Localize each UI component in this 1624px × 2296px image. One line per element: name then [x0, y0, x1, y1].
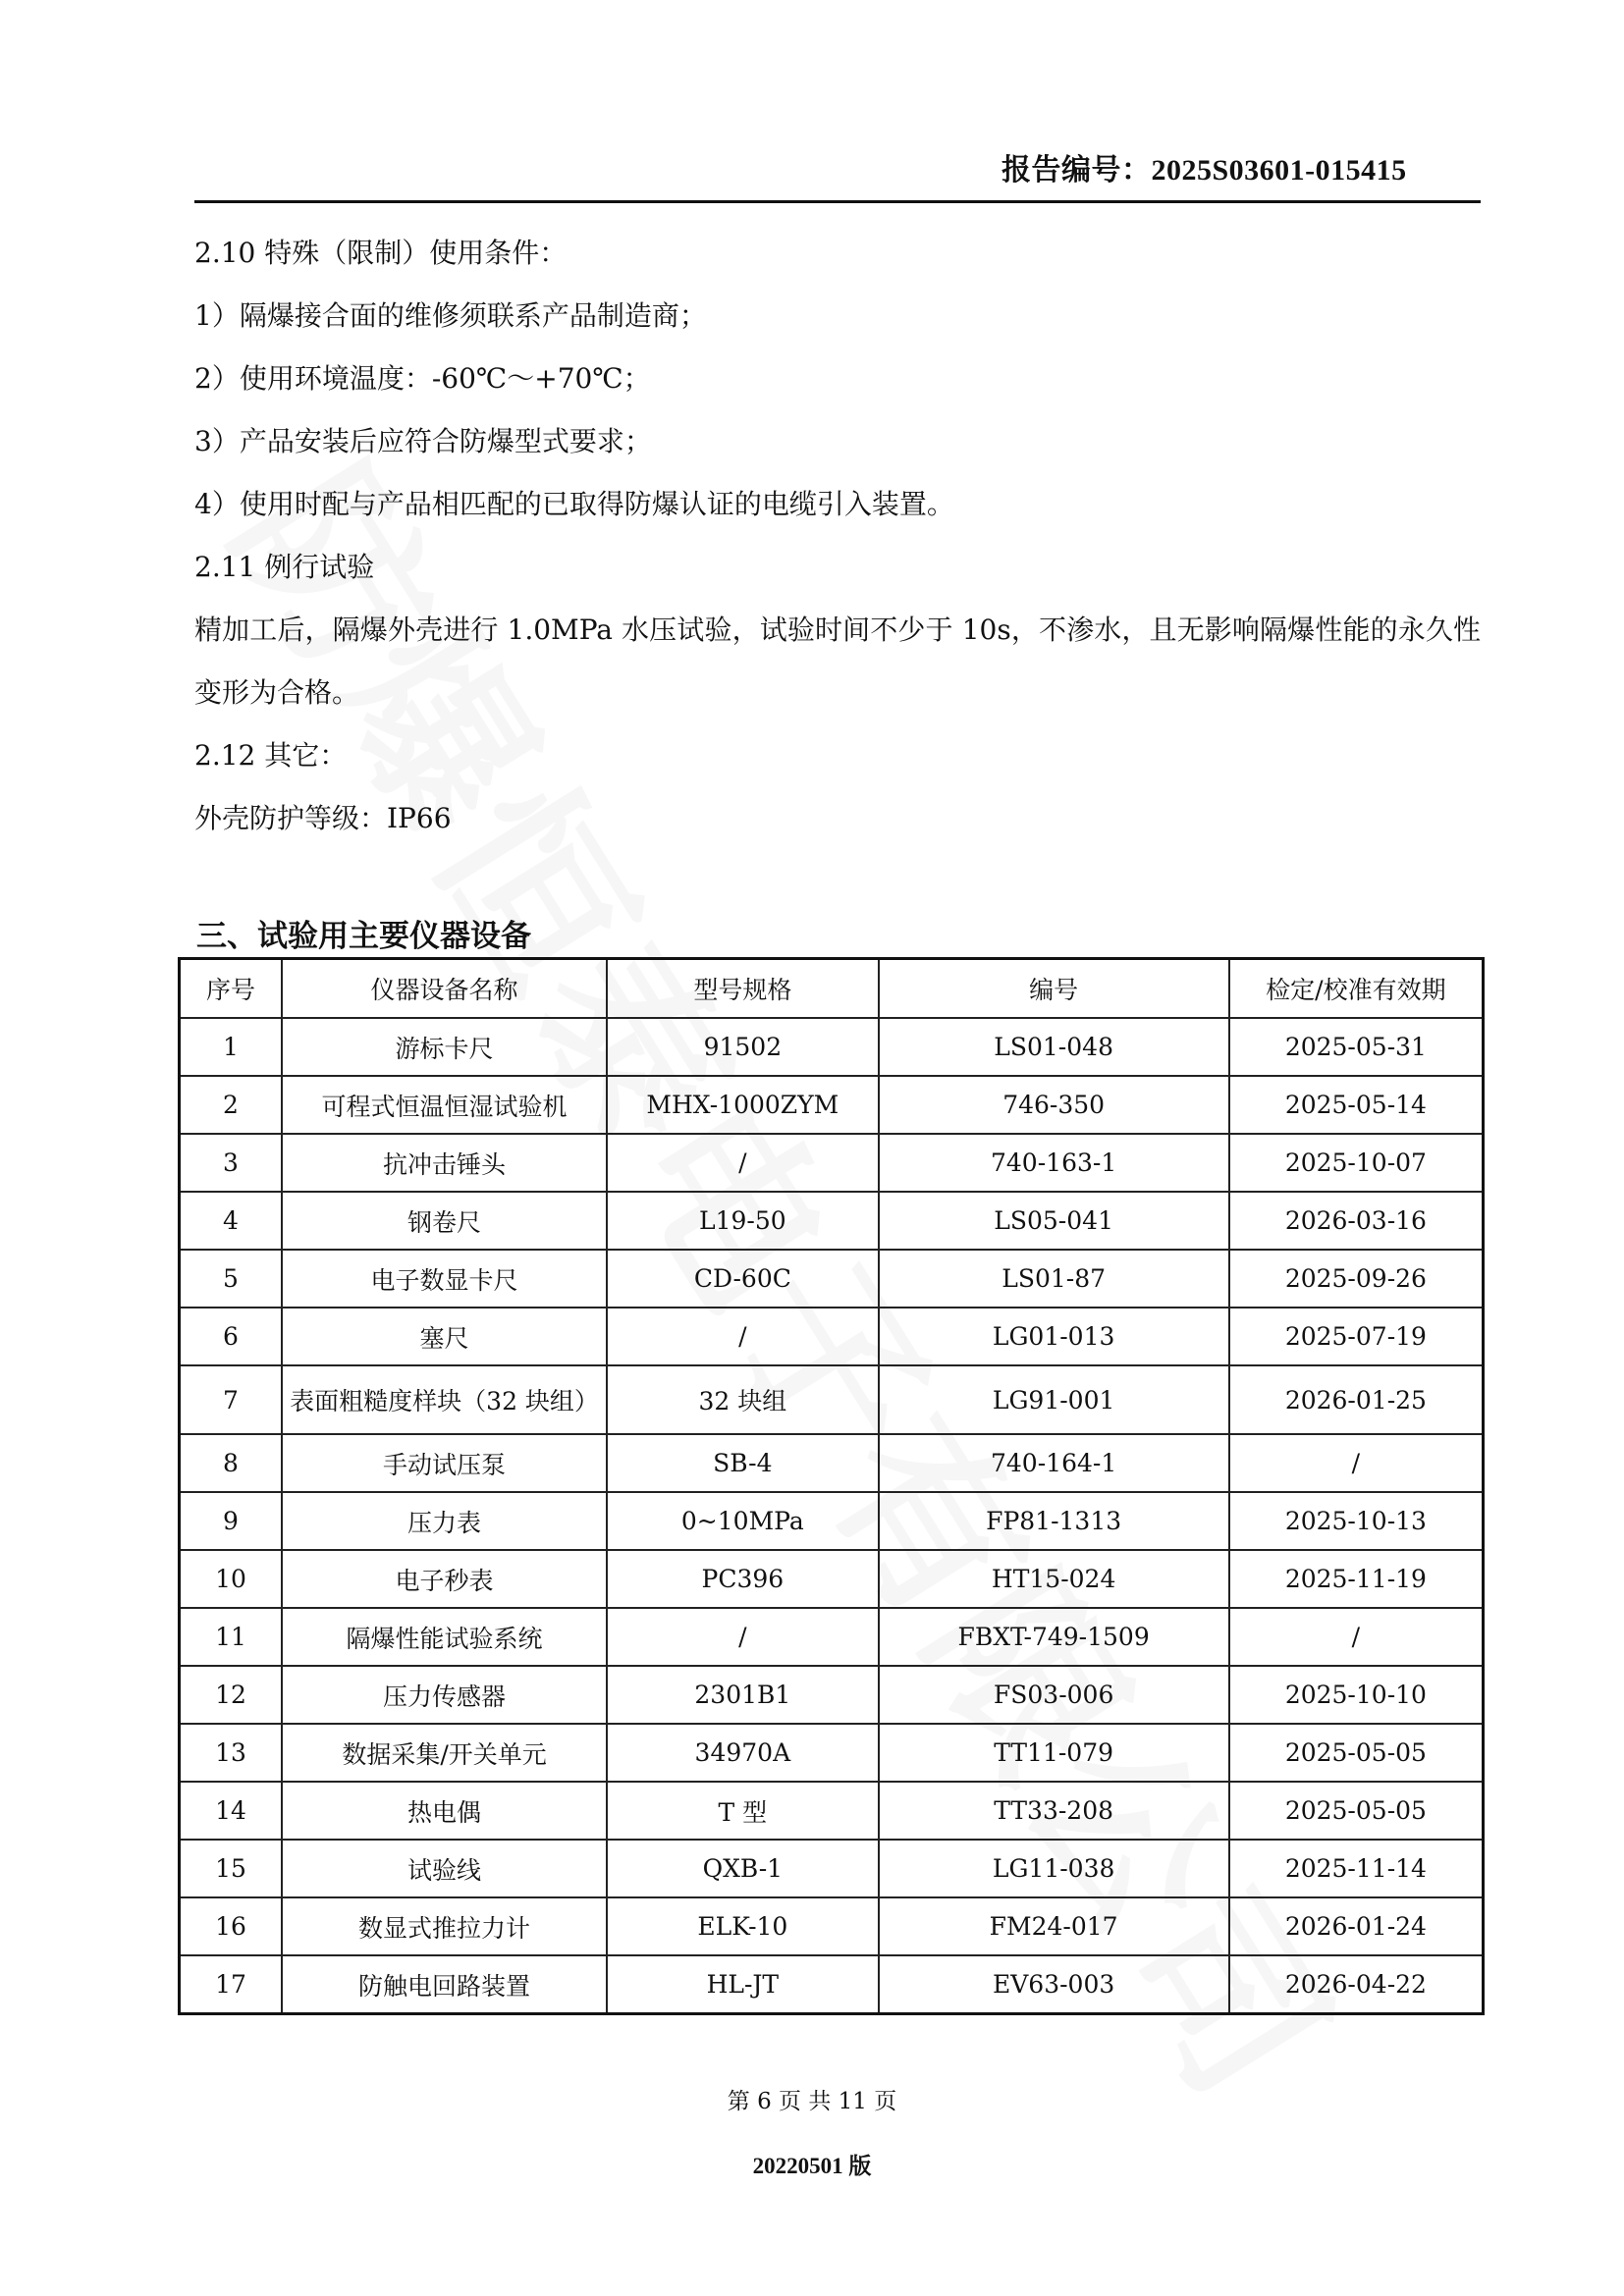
cell-name: 热电偶 [282, 1782, 607, 1840]
cell-name: 可程式恒温恒湿试验机 [282, 1076, 607, 1134]
table-header-row: 序号 仪器设备名称 型号规格 编号 检定/校准有效期 [180, 959, 1484, 1019]
cell-index: 10 [180, 1550, 282, 1608]
table-row: 5电子数显卡尺CD-60CLS01-872025-09-26 [180, 1250, 1484, 1308]
cell-index: 3 [180, 1134, 282, 1192]
cell-name: 抗冲击锤头 [282, 1134, 607, 1192]
section-2-10-title: 2.10 特殊（限制）使用条件： [194, 236, 567, 271]
cell-valid-date: 2025-05-14 [1229, 1076, 1484, 1134]
ip-rating: 外壳防护等级：IP66 [194, 801, 452, 836]
cell-index: 14 [180, 1782, 282, 1840]
table-row: 4钢卷尺L19-50LS05-0412026-03-16 [180, 1192, 1484, 1250]
cell-name: 塞尺 [282, 1308, 607, 1365]
cell-valid-date: 2025-10-07 [1229, 1134, 1484, 1192]
cell-model: T 型 [607, 1782, 878, 1840]
cell-name: 压力表 [282, 1492, 607, 1550]
cell-model: L19-50 [607, 1192, 878, 1250]
cell-model: MHX-1000ZYM [607, 1076, 878, 1134]
cell-model: SB-4 [607, 1434, 878, 1492]
cell-index: 2 [180, 1076, 282, 1134]
cell-model: HL-JT [607, 1955, 878, 2014]
table-row: 11隔爆性能试验系统/FBXT-749-1509/ [180, 1608, 1484, 1666]
cell-id: LS01-048 [879, 1018, 1229, 1076]
cell-model: PC396 [607, 1550, 878, 1608]
cell-name: 钢卷尺 [282, 1192, 607, 1250]
cell-index: 13 [180, 1724, 282, 1782]
cell-model: 91502 [607, 1018, 878, 1076]
cell-name: 手动试压泵 [282, 1434, 607, 1492]
routine-test-body: 精加工后，隔爆外壳进行 1.0MPa 水压试验，试验时间不少于 10s，不渗水，… [194, 599, 1481, 724]
cell-model: 0~10MPa [607, 1492, 878, 1550]
cell-name: 表面粗糙度样块（32 块组） [282, 1365, 607, 1434]
cell-index: 15 [180, 1840, 282, 1897]
cell-id: LS05-041 [879, 1192, 1229, 1250]
cell-model: QXB-1 [607, 1840, 878, 1897]
cell-model: CD-60C [607, 1250, 878, 1308]
cell-id: FS03-006 [879, 1666, 1229, 1724]
cell-id: FBXT-749-1509 [879, 1608, 1229, 1666]
condition-item-1: 1）隔爆接合面的维修须联系产品制造商； [194, 298, 707, 334]
cell-id: HT15-024 [879, 1550, 1229, 1608]
table-row: 3抗冲击锤头/740-163-12025-10-07 [180, 1134, 1484, 1192]
col-header-valid-date: 检定/校准有效期 [1229, 959, 1484, 1019]
cell-name: 数显式推拉力计 [282, 1897, 607, 1955]
cell-valid-date: 2025-10-13 [1229, 1492, 1484, 1550]
cell-id: LG91-001 [879, 1365, 1229, 1434]
cell-name: 防触电回路装置 [282, 1955, 607, 2014]
cell-index: 9 [180, 1492, 282, 1550]
cell-valid-date: 2025-07-19 [1229, 1308, 1484, 1365]
table-row: 10电子秒表PC396HT15-0242025-11-19 [180, 1550, 1484, 1608]
cell-index: 5 [180, 1250, 282, 1308]
table-row: 12压力传感器2301B1FS03-0062025-10-10 [180, 1666, 1484, 1724]
report-number: 报告编号：2025S03601-015415 [1001, 145, 1407, 188]
cell-index: 17 [180, 1955, 282, 2014]
cell-id: LS01-87 [879, 1250, 1229, 1308]
cell-valid-date: 2025-11-19 [1229, 1550, 1484, 1608]
cell-index: 1 [180, 1018, 282, 1076]
table-row: 7表面粗糙度样块（32 块组）32 块组LG91-0012026-01-25 [180, 1365, 1484, 1434]
col-header-model: 型号规格 [607, 959, 878, 1019]
cell-valid-date: 2025-09-26 [1229, 1250, 1484, 1308]
cell-id: LG11-038 [879, 1840, 1229, 1897]
section-3-title: 三、试验用主要仪器设备 [196, 911, 531, 955]
cell-id: FM24-017 [879, 1897, 1229, 1955]
col-header-index: 序号 [180, 959, 282, 1019]
cell-index: 4 [180, 1192, 282, 1250]
table-row: 14热电偶T 型TT33-2082025-05-05 [180, 1782, 1484, 1840]
table-row: 9压力表0~10MPaFP81-13132025-10-13 [180, 1492, 1484, 1550]
cell-valid-date: 2025-05-05 [1229, 1724, 1484, 1782]
cell-index: 6 [180, 1308, 282, 1365]
cell-valid-date: 2026-04-22 [1229, 1955, 1484, 2014]
cell-name: 试验线 [282, 1840, 607, 1897]
cell-id: 740-163-1 [879, 1134, 1229, 1192]
col-header-name: 仪器设备名称 [282, 959, 607, 1019]
cell-model: / [607, 1134, 878, 1192]
cell-model: / [607, 1308, 878, 1365]
table-row: 15试验线QXB-1LG11-0382025-11-14 [180, 1840, 1484, 1897]
table-row: 6塞尺/LG01-0132025-07-19 [180, 1308, 1484, 1365]
table-row: 16数显式推拉力计ELK-10FM24-0172026-01-24 [180, 1897, 1484, 1955]
cell-valid-date: 2025-05-05 [1229, 1782, 1484, 1840]
col-header-id: 编号 [879, 959, 1229, 1019]
table-row: 2可程式恒温恒湿试验机MHX-1000ZYM746-3502025-05-14 [180, 1076, 1484, 1134]
cell-id: TT33-208 [879, 1782, 1229, 1840]
cell-valid-date: / [1229, 1608, 1484, 1666]
section-2-11-title: 2.11 例行试验 [194, 550, 374, 585]
cell-name: 数据采集/开关单元 [282, 1724, 607, 1782]
cell-name: 隔爆性能试验系统 [282, 1608, 607, 1666]
cell-model: 2301B1 [607, 1666, 878, 1724]
cell-index: 7 [180, 1365, 282, 1434]
table-row: 8手动试压泵SB-4740-164-1/ [180, 1434, 1484, 1492]
cell-id: TT11-079 [879, 1724, 1229, 1782]
table-row: 17防触电回路装置HL-JTEV63-0032026-04-22 [180, 1955, 1484, 2014]
cell-valid-date: 2025-10-10 [1229, 1666, 1484, 1724]
header-divider [194, 200, 1481, 203]
cell-name: 电子秒表 [282, 1550, 607, 1608]
equipment-table: 序号 仪器设备名称 型号规格 编号 检定/校准有效期 1游标卡尺91502LS0… [178, 957, 1485, 2015]
cell-valid-date: 2026-01-25 [1229, 1365, 1484, 1434]
cell-id: 740-164-1 [879, 1434, 1229, 1492]
cell-model: / [607, 1608, 878, 1666]
condition-item-4: 4）使用时配与产品相匹配的已取得防爆认证的电缆引入装置。 [194, 487, 954, 522]
cell-model: ELK-10 [607, 1897, 878, 1955]
cell-index: 12 [180, 1666, 282, 1724]
page-number: 第 6 页 共 11 页 [0, 2083, 1624, 2115]
cell-valid-date: 2025-05-31 [1229, 1018, 1484, 1076]
cell-index: 8 [180, 1434, 282, 1492]
condition-item-3: 3）产品安装后应符合防爆型式要求； [194, 424, 652, 459]
cell-valid-date: 2026-03-16 [1229, 1192, 1484, 1250]
section-2-12-title: 2.12 其它： [194, 738, 347, 774]
version-label: 20220501 版 [0, 2148, 1624, 2180]
table-row: 13数据采集/开关单元34970ATT11-0792025-05-05 [180, 1724, 1484, 1782]
cell-id: 746-350 [879, 1076, 1229, 1134]
cell-valid-date: 2026-01-24 [1229, 1897, 1484, 1955]
cell-valid-date: 2025-11-14 [1229, 1840, 1484, 1897]
cell-index: 11 [180, 1608, 282, 1666]
table-row: 1游标卡尺91502LS01-0482025-05-31 [180, 1018, 1484, 1076]
cell-id: EV63-003 [879, 1955, 1229, 2014]
cell-name: 游标卡尺 [282, 1018, 607, 1076]
cell-index: 16 [180, 1897, 282, 1955]
cell-name: 压力传感器 [282, 1666, 607, 1724]
cell-id: FP81-1313 [879, 1492, 1229, 1550]
cell-id: LG01-013 [879, 1308, 1229, 1365]
cell-name: 电子数显卡尺 [282, 1250, 607, 1308]
condition-item-2: 2）使用环境温度：-60℃～+70℃； [194, 361, 651, 397]
cell-valid-date: / [1229, 1434, 1484, 1492]
cell-model: 34970A [607, 1724, 878, 1782]
cell-model: 32 块组 [607, 1365, 878, 1434]
